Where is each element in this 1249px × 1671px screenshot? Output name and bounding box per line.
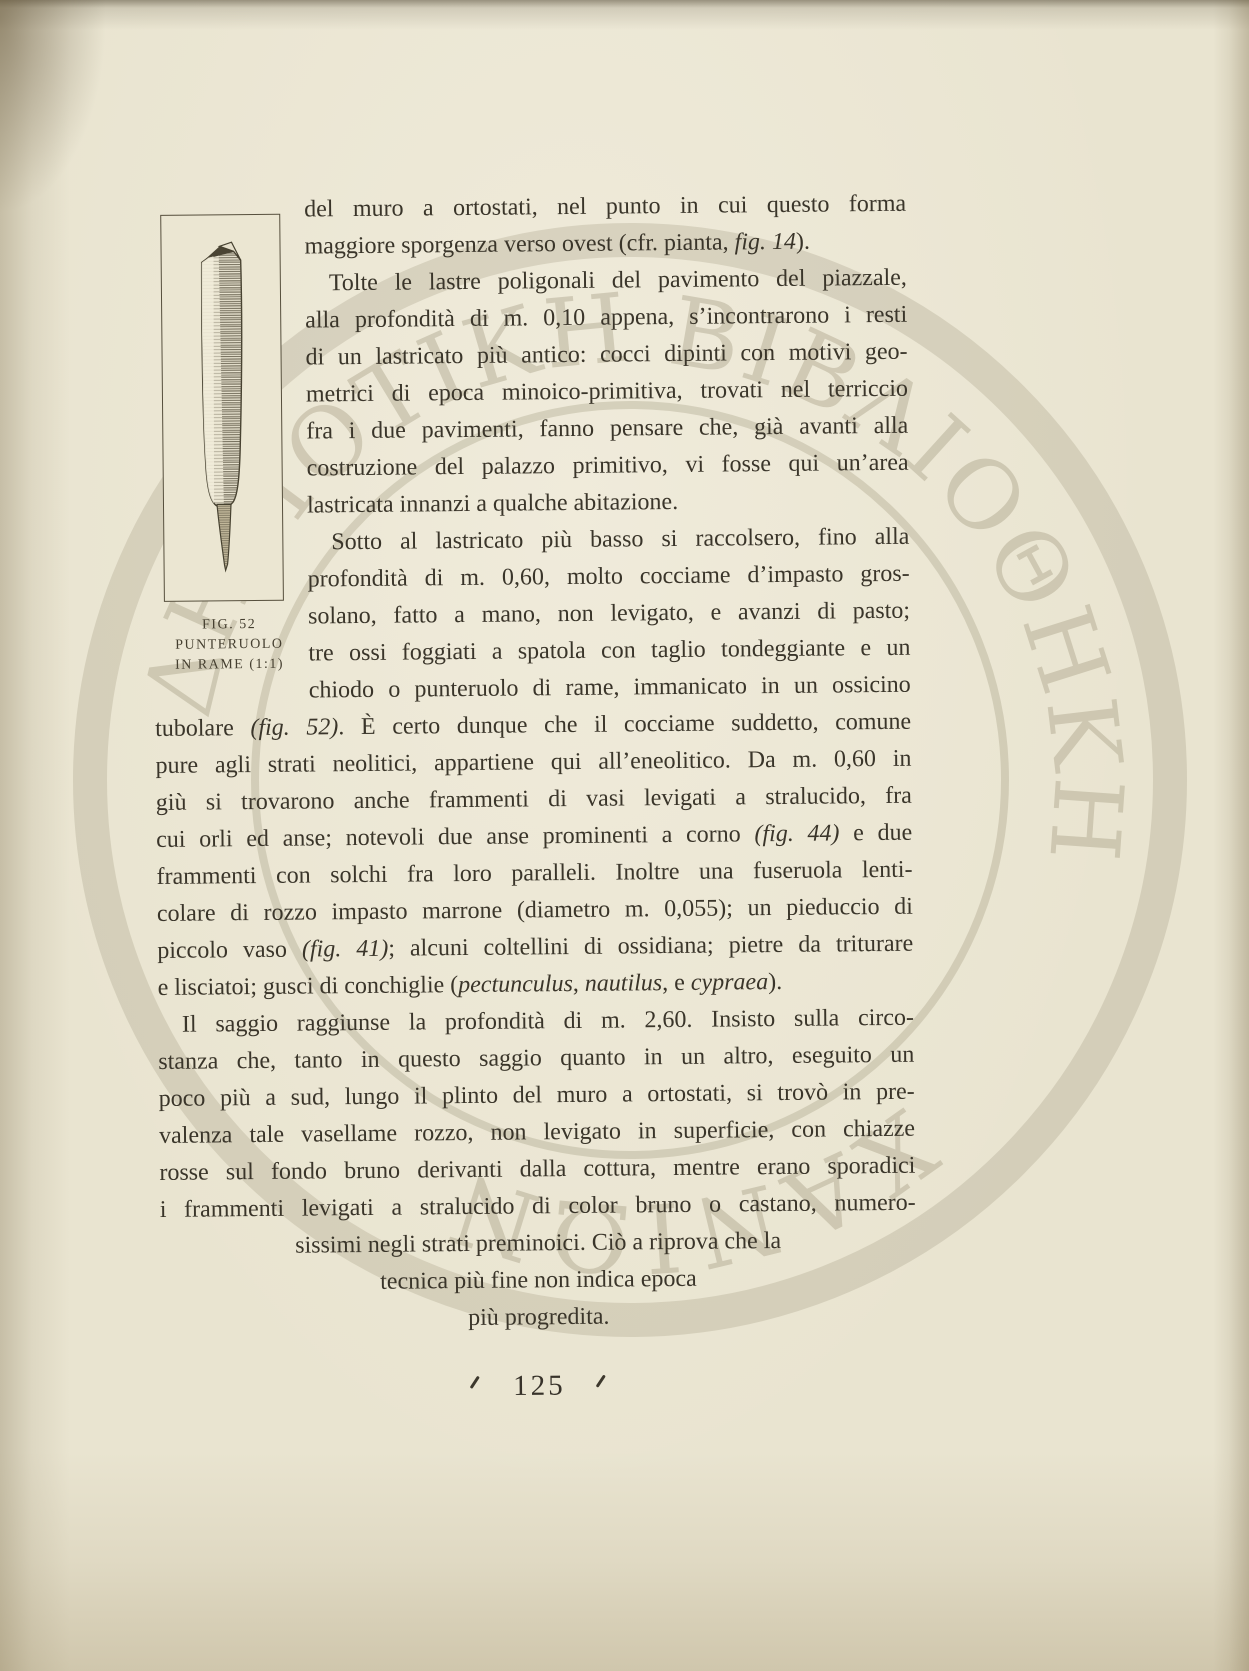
page-content: FIG. 52 PUNTERUOLO IN RAME (1:1) del mur… (150, 186, 918, 1410)
body-text: FIG. 52 PUNTERUOLO IN RAME (1:1) del mur… (150, 186, 917, 1340)
scan-edge-shadow-bottom (0, 1451, 1249, 1671)
page-number: 125 (513, 1370, 566, 1403)
scanned-book-page: ΔΗΜΟΤΙΚΗ ΒΙΒΛΙΟΘΗΚΗ ΧΑΝΙΩΝ (0, 0, 1249, 1671)
figure-caption-line1: FIG. 52 (158, 615, 300, 636)
figure-caption: FIG. 52 PUNTERUOLO IN RAME (1:1) (158, 615, 301, 676)
figure-box (160, 214, 284, 602)
text-line: piccolo vaso (fig. 41); alcuni coltellin… (157, 926, 913, 970)
scan-edge-shadow-top (0, 0, 1249, 30)
page-number-ornament-left (469, 1376, 479, 1389)
scan-corner-shadow-top-left (0, 0, 110, 220)
text-line: i frammenti levigati a stralucido di col… (160, 1185, 916, 1229)
page-footer: 125 (161, 1361, 917, 1410)
copper-awl-illustration (161, 215, 283, 601)
page-number-ornament-right (596, 1374, 606, 1387)
figure-caption-line2: PUNTERUOLO (158, 635, 300, 656)
figure-block: FIG. 52 PUNTERUOLO IN RAME (1:1) (154, 214, 300, 676)
scan-edge-shadow-right (1213, 0, 1249, 1671)
scan-edge-shadow-left (0, 0, 70, 1671)
figure-caption-line3: IN RAME (1:1) (158, 655, 300, 676)
text-line: più progredita. (161, 1296, 917, 1340)
awl-point-hatching (217, 504, 232, 570)
